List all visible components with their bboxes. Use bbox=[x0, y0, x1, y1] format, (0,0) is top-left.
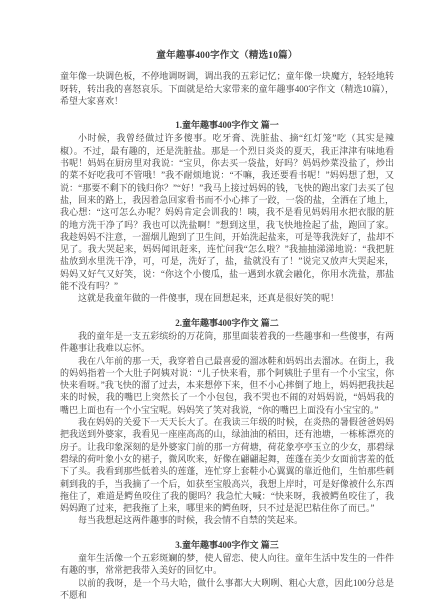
section-1-heading: 1.童年趣事400字作文 篇一 bbox=[60, 119, 394, 131]
paragraph: 童年生活像一个五彩斑斓的梦，使人留恋、使人向往。童年生活中发生的一件件有趣的事，… bbox=[60, 552, 394, 577]
paragraph: 我的童年是一支五彩缤纷的万花筒，那里面装着我的一些趣事和一些傻事，有两件趣事让我… bbox=[60, 330, 394, 355]
document-page: 童年趣事400字作文（精选10篇） 童年像一块调色板，不停地调呀调，调出我的五彩… bbox=[0, 0, 423, 600]
paragraph: 每当我想起这两件趣事的时候，我会情不自禁的笑起来。 bbox=[60, 514, 394, 526]
section-3-heading: 3.童年趣事400字作文 篇三 bbox=[60, 539, 394, 551]
paragraph: 我在八年前的那一天，我穿着自己最喜爱的溜冰鞋和妈妈出去溜冰。在街上，我的妈妈指着… bbox=[60, 355, 394, 416]
paragraph: 以前的我呀，是一个马大哈，做什么事都大大咧咧、粗心大意，因此100分总是不愿和 bbox=[60, 577, 394, 600]
paragraph: 我在妈妈的关爱下一天天长大了。在我读三年级的时候，在炎热的暑假爸爸妈妈把我送到外… bbox=[60, 416, 394, 514]
paragraph: 这就是我童年做的一件傻事，现在回想起来，还真是很好笑的呢！ bbox=[60, 292, 394, 304]
paragraph: 小时候，我曾经做过许多傻事。吃牙膏、洗脏盐、摘“红灯笼”吃（其实是辣椒）。不过，… bbox=[60, 132, 394, 292]
section-2-heading: 2.童年趣事400字作文 篇二 bbox=[60, 317, 394, 329]
document-title: 童年趣事400字作文（精选10篇） bbox=[60, 50, 394, 62]
intro-paragraph: 童年像一块调色板，不停地调呀调，调出我的五彩记忆；童年像一块魔方，轻轻地转呀转，… bbox=[60, 70, 394, 107]
